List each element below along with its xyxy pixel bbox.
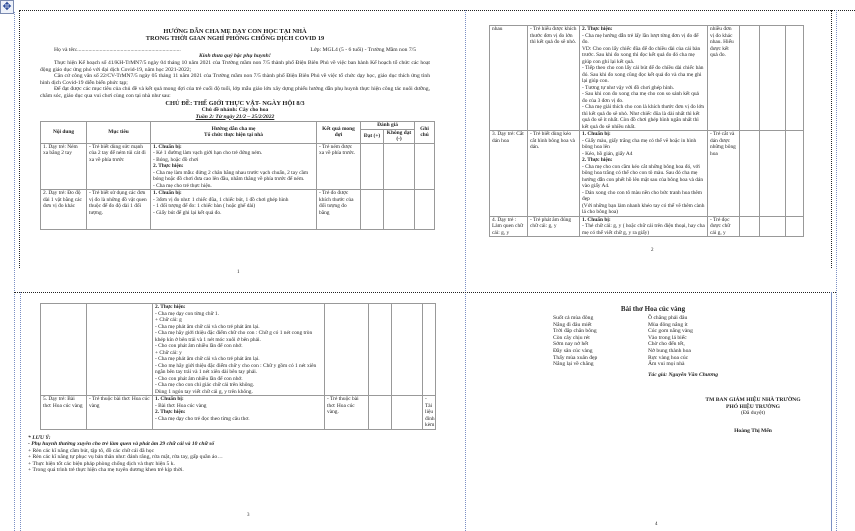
class-label: Lớp: MGL4 (5 - 6 tuổi) - Trường Mầm non … (310, 47, 416, 54)
header-note: Ghi chú (415, 122, 435, 144)
lesson-table-page2: nhau - Trẻ hiểu được khích thước đơn vị … (489, 25, 804, 237)
table-row: 5. Dạy trẻ: Bài thơ: Hoa cúc vàng - Trẻ … (41, 396, 436, 430)
theme-heading: CHỦ ĐỀ: THẾ GIỚI THỰC VẬT- NGÀY HỘI 8/3 (40, 100, 430, 107)
table-row: 2. Thực hiện:- Cha mẹ dạy con từng chữ 1… (41, 304, 436, 396)
header-content: Nội dung (41, 122, 87, 144)
move-handle-icon[interactable]: ✥ (0, 0, 14, 14)
table-row: 1. Dạy trẻ: Ném xa bằng 2 tay - Trẻ biết… (41, 143, 435, 190)
sign-approved: (Đã duyệt) (678, 410, 828, 417)
margin-guide (836, 10, 837, 531)
margin-guide (19, 10, 20, 268)
week-heading: Tuần 2: Từ ngày 21/2 – 25/2/2022 (40, 114, 430, 121)
page-1: HƯỚNG DẪN CHA MẸ DẠY CON HỌC TẠI NHÀ TRO… (40, 28, 430, 230)
header-expected: Kết quả mong đợi (317, 122, 361, 144)
notes-bold-line: - Phụ huynh thường xuyên cho trẻ làm que… (28, 441, 435, 448)
page-2: nhau - Trẻ hiểu được khích thước đơn vị … (489, 25, 787, 237)
paragraph-1: Thực hiện Kế hoạch số 41/KH-TrMN7/5 ngày… (40, 60, 430, 73)
table-row: 3. Dạy trẻ: Cắt dán hoa - Trẻ biết dùng … (490, 131, 804, 217)
table-row: 4. Dạy trẻ : Làm quen chữ cái: g, y - Tr… (490, 216, 804, 237)
margin-guide (20, 292, 21, 531)
page-number: 2 (651, 248, 654, 253)
header-goal: Mục tiêu (87, 122, 151, 144)
margin-guide (831, 10, 832, 268)
page-4: Bài thơ Hoa cúc vàng Suốt cả mùa đôngNắn… (553, 305, 813, 378)
page-divider (465, 10, 466, 531)
margin-guide (19, 10, 855, 11)
table-row: nhau - Trẻ hiểu được khích thước đơn vị … (490, 26, 804, 131)
page-number: 1 (237, 270, 240, 275)
header-evaluation: Đánh giá (361, 122, 415, 130)
header-guide: Hướng dẫn cha mẹTổ chức thực hiện tại nh… (151, 122, 317, 144)
signer-name: Hoàng Thị Mến (678, 428, 828, 435)
subtheme-heading: Chủ đề nhánh: Cây cho hoa (40, 107, 430, 114)
name-field-label: Họ và tên:..............................… (54, 47, 181, 54)
note-item: + Thực hiện tốt các biện pháp phòng chốn… (28, 461, 435, 468)
poem-column-left: Suốt cả mùa đôngNắng đi đâu miếtTrời đắp… (553, 315, 648, 368)
poem-title: Bài thơ Hoa cúc vàng (553, 305, 753, 314)
doc-title-line2: TRONG THỜI GIAN NGHỈ PHÒNG CHỐNG DỊCH CO… (40, 35, 430, 42)
margin-guide (831, 292, 832, 531)
greeting: Kính thưa quý bậc phụ huynh! (40, 53, 430, 60)
sign-title: TM BAN GIÁM HIỆU NHÀ TRƯỜNG (678, 397, 828, 404)
lesson-table-page3: 2. Thực hiện:- Cha mẹ dạy con từng chữ 1… (40, 303, 436, 430)
table-row: 2. Dạy trẻ: Đo độ dài 1 vật bằng các đơn… (41, 190, 435, 230)
poem-column-right: Ồ chẳng phải đâuMùa đông nắng ítCúc gom … (648, 315, 743, 378)
paragraph-3: Để đạt được các mục tiêu của chủ đề và k… (40, 86, 430, 99)
note-item: + Rèn các kĩ năng tự phục vụ bản thân nh… (28, 454, 435, 461)
page-number: 3 (247, 513, 250, 518)
paragraph-2: Căn cứ công văn số 22/CV-TrMN7/5 ngày 05… (40, 73, 430, 86)
page-number: 4 (655, 522, 658, 527)
header-not-achieved: Không đạt (-) (384, 129, 415, 143)
margin-guide (14, 12, 15, 531)
header-achieved: Đạt (+) (361, 129, 384, 143)
note-item: + Trong quá trình trẻ thực hiện cha mẹ t… (28, 467, 435, 474)
page-break (14, 292, 836, 293)
lesson-table-page1: Nội dung Mục tiêu Hướng dẫn cha mẹTổ chứ… (40, 121, 435, 230)
page-3: 2. Thực hiện:- Cha mẹ dạy con từng chữ 1… (40, 303, 435, 474)
poem-author: Tác giả: Nguyễn Văn Chương (648, 372, 743, 379)
